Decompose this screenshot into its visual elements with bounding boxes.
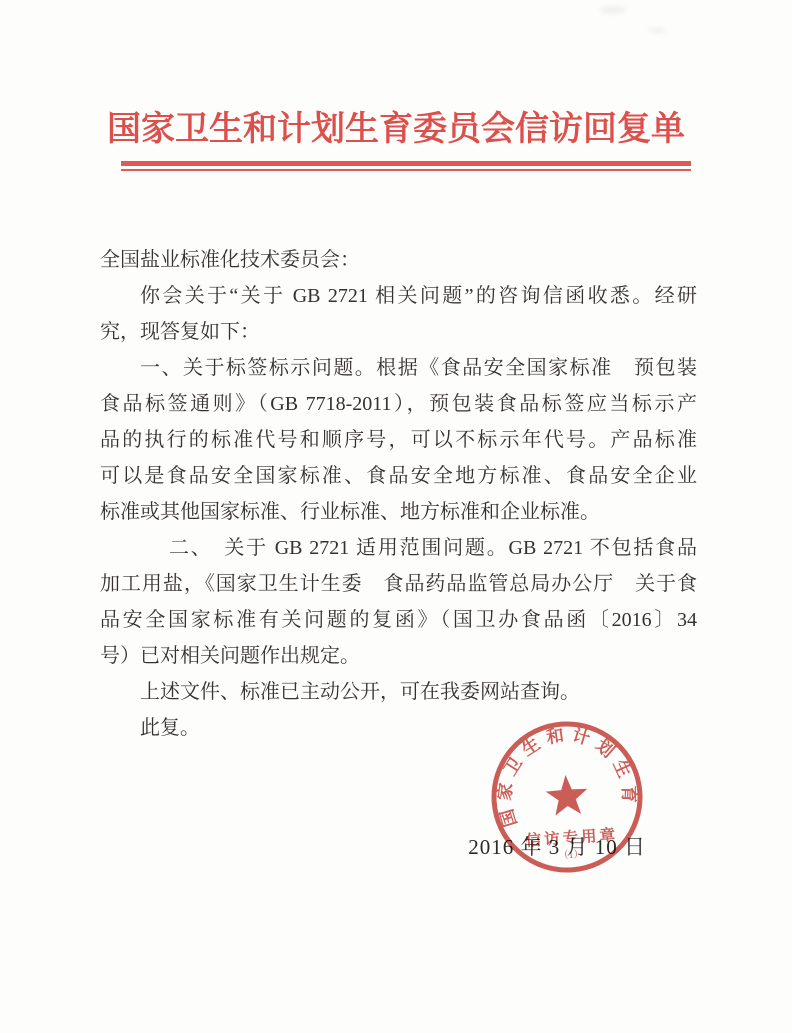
body-line: 品的执行的标准代号和顺序号，可以不标示年代号。产品标准	[100, 422, 697, 458]
svg-text:国家卫生和计划生育委员会: 国家卫生和计划生育委员会	[482, 712, 642, 831]
seal-label: 信访专用章	[525, 825, 619, 850]
body-line: 你会关于“关于 GB 2721 相关问题”的咨询信函收悉。经研	[100, 278, 697, 314]
body-line: 究，现答复如下：	[100, 314, 697, 350]
title-divider-rule	[121, 161, 691, 171]
letter-body: 全国盐业标准化技术委员会： 你会关于“关于 GB 2721 相关问题”的咨询信函…	[100, 242, 697, 746]
body-line: 上述文件、标准已主动公开，可在我委网站查询。	[100, 674, 697, 710]
body-line: 一、关于标签标示问题。根据《食品安全国家标准 预包装	[100, 350, 697, 386]
body-line: 可以是食品安全国家标准、食品安全地方标准、食品安全企业	[100, 458, 697, 494]
seal-number: （1）	[558, 848, 584, 862]
body-line: 食品标签通则》（GB 7718-2011），预包装食品标签应当标示产	[100, 386, 697, 422]
body-line: 标准或其他国家标准、行业标准、地方标准和企业标准。	[100, 494, 697, 530]
body-line: 二、 关于 GB 2721 适用范围问题。GB 2721 不包括食品	[100, 530, 697, 566]
official-seal-stamp: 国家卫生和计划生育委员会 信访专用章 （1）	[482, 712, 653, 883]
scan-smudge	[648, 28, 666, 33]
body-line: 加工用盐，《国家卫生计生委 食品药品监管总局办公厅 关于食	[100, 566, 697, 602]
scan-smudge	[600, 6, 626, 14]
document-title: 国家卫生和计划生育委员会信访回复单	[0, 101, 792, 150]
salutation-line: 全国盐业标准化技术委员会：	[100, 242, 697, 278]
body-line: 品安全国家标准有关问题的复函》（国卫办食品函〔2016〕34	[100, 602, 697, 638]
seal-ring-text: 国家卫生和计划生育委员会	[482, 712, 642, 831]
seal-star-icon	[545, 774, 589, 817]
scanned-letter-page: 国家卫生和计划生育委员会信访回复单 全国盐业标准化技术委员会： 你会关于“关于 …	[0, 0, 792, 1033]
body-line: 号）已对相关问题作出规定。	[100, 638, 697, 674]
